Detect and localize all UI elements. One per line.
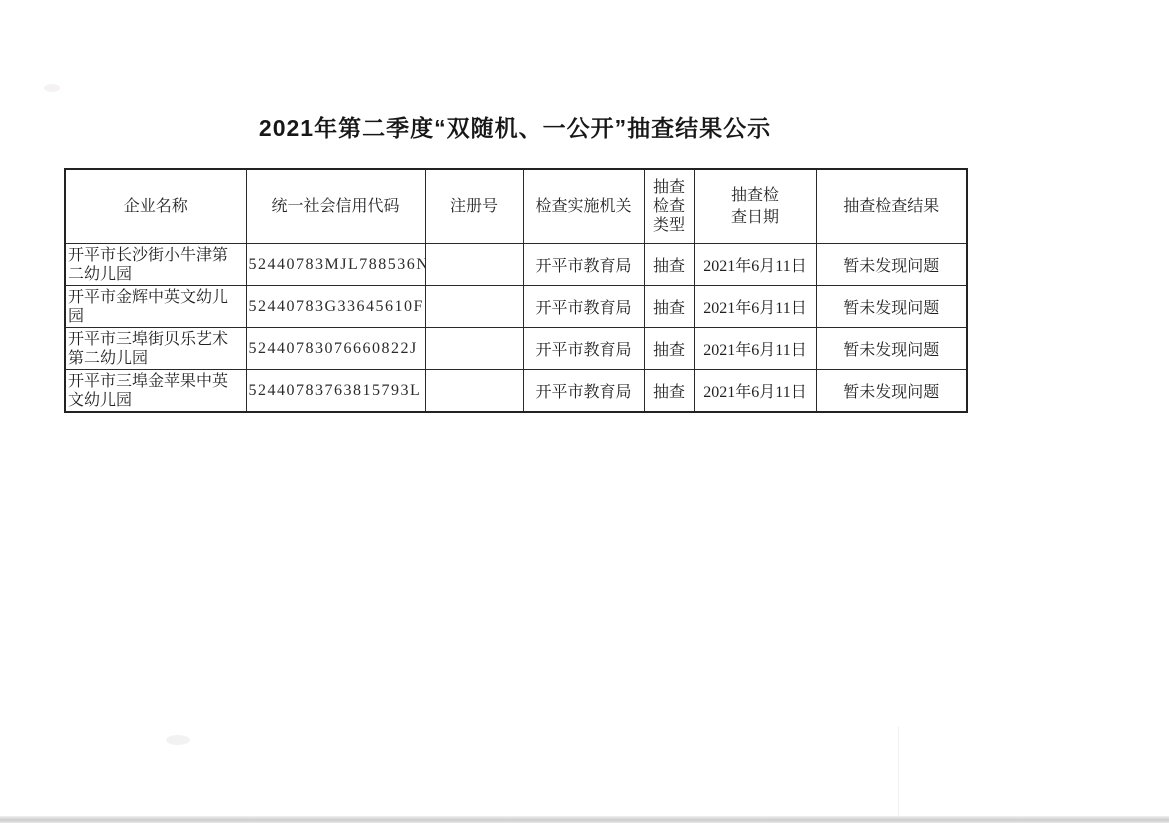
cell-check-date: 2021年6月11日	[694, 328, 816, 370]
cell-check-result: 暂未发现问题	[816, 328, 967, 370]
cell-company-name: 开平市三埠街贝乐艺术第二幼儿园	[65, 328, 246, 370]
header-company-name: 企业名称	[65, 169, 246, 244]
cell-check-date: 2021年6月11日	[694, 370, 816, 413]
header-agency: 检查实施机关	[523, 169, 644, 244]
scanned-document-page: 2021年第二季度“双随机、一公开”抽查结果公示 企业名称 统一社会信用代码 注…	[0, 0, 1169, 827]
table-row: 开平市长沙街小牛津第二幼儿园 52440783MJL788536N 开平市教育局…	[65, 244, 967, 286]
header-check-date-label: 抽查检查日期	[728, 185, 782, 229]
cell-check-date: 2021年6月11日	[694, 286, 816, 328]
cell-company-name: 开平市长沙街小牛津第二幼儿园	[65, 244, 246, 286]
scan-artifact-bottom-edge	[0, 816, 1169, 823]
cell-agency: 开平市教育局	[523, 370, 644, 413]
header-check-type: 抽查检查类型	[644, 169, 694, 244]
header-credit-code: 统一社会信用代码	[246, 169, 425, 244]
cell-check-result: 暂未发现问题	[816, 286, 967, 328]
header-check-type-label: 抽查检查类型	[651, 178, 687, 235]
cell-credit-code: 52440783MJL788536N	[246, 244, 425, 286]
cell-registration-no	[425, 328, 523, 370]
cell-company-name: 开平市三埠金苹果中英文幼儿园	[65, 370, 246, 413]
cell-registration-no	[425, 286, 523, 328]
cell-check-date: 2021年6月11日	[694, 244, 816, 286]
cell-agency: 开平市教育局	[523, 328, 644, 370]
table-row: 开平市三埠街贝乐艺术第二幼儿园 52440783076660822J 开平市教育…	[65, 328, 967, 370]
cell-credit-code: 52440783763815793L	[246, 370, 425, 413]
table-row: 开平市三埠金苹果中英文幼儿园 52440783763815793L 开平市教育局…	[65, 370, 967, 413]
header-check-result: 抽查检查结果	[816, 169, 967, 244]
cell-check-type: 抽查	[644, 328, 694, 370]
cell-check-type: 抽查	[644, 286, 694, 328]
cell-credit-code: 52440783G33645610F	[246, 286, 425, 328]
scan-smudge	[44, 84, 60, 92]
cell-registration-no	[425, 370, 523, 413]
cell-company-name: 开平市金辉中英文幼儿园	[65, 286, 246, 328]
scan-artifact-vertical-line	[898, 727, 899, 816]
table-row: 开平市金辉中英文幼儿园 52440783G33645610F 开平市教育局 抽查…	[65, 286, 967, 328]
cell-agency: 开平市教育局	[523, 244, 644, 286]
table-header-row: 企业名称 统一社会信用代码 注册号 检查实施机关 抽查检查类型 抽查检查日期 抽…	[65, 169, 967, 244]
scan-smudge	[166, 735, 190, 745]
cell-check-type: 抽查	[644, 244, 694, 286]
cell-check-type: 抽查	[644, 370, 694, 413]
header-check-date: 抽查检查日期	[694, 169, 816, 244]
cell-credit-code: 52440783076660822J	[246, 328, 425, 370]
cell-check-result: 暂未发现问题	[816, 370, 967, 413]
cell-agency: 开平市教育局	[523, 286, 644, 328]
inspection-results-table: 企业名称 统一社会信用代码 注册号 检查实施机关 抽查检查类型 抽查检查日期 抽…	[64, 168, 968, 413]
cell-check-result: 暂未发现问题	[816, 244, 967, 286]
page-title: 2021年第二季度“双随机、一公开”抽查结果公示	[64, 110, 966, 143]
cell-registration-no	[425, 244, 523, 286]
header-registration-no: 注册号	[425, 169, 523, 244]
